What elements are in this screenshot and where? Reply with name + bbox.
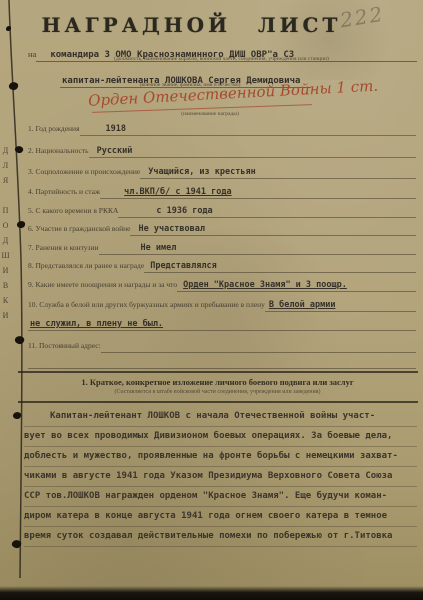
field-label: 2. Национальность xyxy=(28,146,89,155)
narrative-line: время суток создавал действительные поме… xyxy=(24,527,417,547)
scan-bottom-edge xyxy=(0,586,423,600)
narrative-line: вует во всех проводимых Дивизионом боевы… xyxy=(24,427,417,447)
field-label: 11. Постоянный адрес: xyxy=(28,341,101,350)
scanned-award-sheet: ДЛЯ ПОДШИВКИ НАГРАДНОЙ ЛИСТ 222 на коман… xyxy=(0,0,423,600)
field-value: Представлялся xyxy=(150,261,217,271)
position-caption: (должность, наименование корабля, воинск… xyxy=(40,56,403,62)
field-row: 5. С какого времени в РККА с 1936 года xyxy=(28,198,416,218)
field-row: 8. Представлялся ли ранее к награде Пред… xyxy=(28,253,416,273)
field-row: 1. Год рождения 1918 xyxy=(28,116,416,136)
field-value: 1918 xyxy=(106,124,126,134)
field-value: чл.ВКП/б/ с 1941 года xyxy=(124,187,231,197)
page-title: НАГРАДНОЙ ЛИСТ xyxy=(0,13,383,37)
field-row: 9. Какие имеете поощрения и награды и за… xyxy=(28,272,416,292)
field-row: 11. Постоянный адрес: xyxy=(28,333,416,353)
field-row: 10. Служба в белой или других буржуазных… xyxy=(28,292,416,312)
narrative-paragraph: Капитан-лейтенант ЛОШКОВ с начала Отечес… xyxy=(24,407,417,547)
narrative-line: ССР тов.ЛОШКОВ награжден орденом "Красно… xyxy=(24,487,417,507)
margin-vertical-text: ДЛЯ ПОДШИВКИ xyxy=(1,146,10,408)
field-value: В белой армии xyxy=(269,300,336,310)
narrative-line: доблесть и мужество, проявленные на фрон… xyxy=(24,447,417,467)
field-value: Учащийся, из крестьян xyxy=(148,167,255,177)
field-row: 7. Ранения и контузии Не имел xyxy=(28,235,416,255)
field-value: с 1936 года xyxy=(156,206,212,216)
empty-ruled-line xyxy=(28,356,416,369)
field-row: 4. Партийность и стаж чл.ВКП/б/ с 1941 г… xyxy=(28,179,416,199)
field-label: 8. Представлялся ли ранее к награде xyxy=(28,261,144,270)
section-heading: 1. Краткое, конкретное изложение личного… xyxy=(20,377,415,387)
field-label: 6. Участие в гражданской войне xyxy=(28,224,130,233)
section-divider xyxy=(18,401,418,403)
field-label: 5. С какого времени в РККА xyxy=(28,206,118,215)
field-value: Русский xyxy=(97,146,133,156)
field-value: Орден "Красное Знамя" и 3 поощр. xyxy=(183,280,347,290)
field-label: 9. Какие имеете поощрения и награды и за… xyxy=(28,280,177,289)
narrative-line: чиками в августе 1941 года Указом Презид… xyxy=(24,467,417,487)
section-subheading: (Составляется в штабе войсковой части со… xyxy=(20,389,415,395)
field-value: не служил, в плену не был. xyxy=(30,319,163,329)
field-row: 2. Национальность Русский xyxy=(28,138,416,158)
field-label: 3. Соцположение и происхождение xyxy=(28,167,140,176)
field-row: 6. Участие в гражданской войне Не участв… xyxy=(28,216,416,236)
field-value: Не имел xyxy=(141,243,177,253)
field-value: Не участвовал xyxy=(138,224,205,234)
narrative-line: диром катера в конце августа 1941 года о… xyxy=(24,507,417,527)
position-prefix: на xyxy=(28,49,36,59)
field-label: 10. Служба в белой или других буржуазных… xyxy=(28,300,265,309)
field-row: не служил, в плену не был. xyxy=(28,311,416,331)
field-row xyxy=(28,356,416,369)
field-label: 4. Партийность и стаж xyxy=(28,187,100,196)
field-label: 7. Ранения и контузии xyxy=(28,243,99,252)
field-row: 3. Соцположение и происхождение Учащийся… xyxy=(28,159,416,179)
section-divider xyxy=(18,371,418,373)
field-label: 1. Год рождения xyxy=(28,124,80,133)
narrative-line: Капитан-лейтенант ЛОШКОВ с начала Отечес… xyxy=(24,407,417,427)
